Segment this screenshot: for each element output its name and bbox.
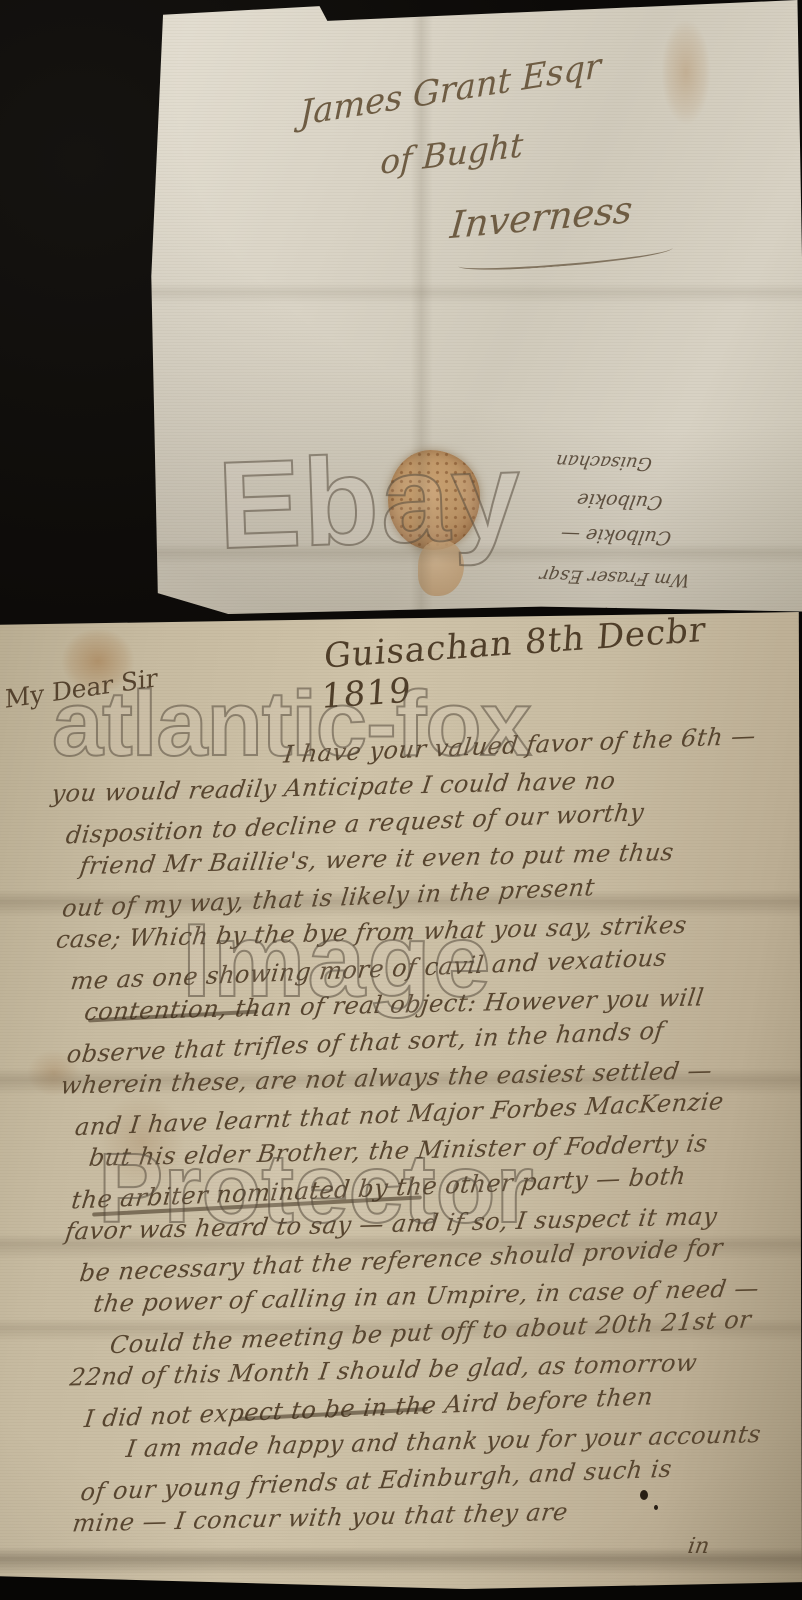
address-line-residence: of Bught <box>379 125 524 182</box>
docket-line: Guisachan <box>499 447 654 474</box>
underline-flourish <box>458 241 674 274</box>
folded-letter-front: James Grant Esqr of Bught Inverness 1819… <box>150 0 802 614</box>
docket-annotations: 1819 Decr 8:Wm Fraser EsqrCulbokie —Culb… <box>495 341 740 629</box>
docket-line: Wm Fraser Esqr <box>495 563 692 591</box>
ink-blot <box>640 1490 648 1500</box>
watermark-protector: Protector <box>98 1132 534 1245</box>
address-line-town: Inverness <box>448 188 634 247</box>
ink-blot <box>654 1505 658 1510</box>
watermark-ebay: Ebay <box>216 425 525 578</box>
catchword: in <box>686 1534 711 1559</box>
watermark-atlantic-fox: atlantic-fox <box>52 672 531 777</box>
address-line-recipient: James Grant Esqr <box>300 46 602 134</box>
letter-page: Guisachan 8th Decbr 1819 My Dear Sir I h… <box>0 612 802 1590</box>
watermark-image: Image <box>182 902 493 1021</box>
photograph-background: James Grant Esqr of Bught Inverness 1819… <box>0 0 802 1600</box>
stain <box>655 6 717 138</box>
